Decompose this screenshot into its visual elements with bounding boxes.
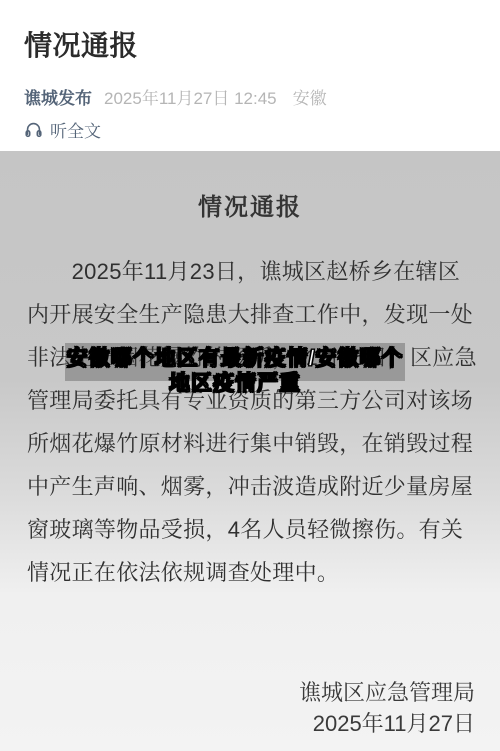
notice-body-line: 窗玻璃等物品受损，4名人员轻微擦伤。有关 xyxy=(27,508,500,551)
notice-body-line: 情况正在依法依规调查处理中。 xyxy=(27,551,500,594)
signature-issuer: 谯城区应急管理局 xyxy=(299,677,475,708)
watermark-line-2: 地区疫情严重 xyxy=(45,371,425,396)
watermark-line-1: 安徽哪个地区有最新疫情/安徽哪个 xyxy=(45,346,425,371)
page-title: 情况通报 xyxy=(24,24,138,64)
article-header: 情况通报 谯城发布 2025年11月27日 12:45 安徽 听全文 xyxy=(0,0,500,151)
notice-signature: 谯城区应急管理局 2025年11月27日 xyxy=(299,677,475,739)
notice-body-line: 2025年11月23日，谯城区赵桥乡在辖区 xyxy=(27,250,500,293)
article-meta: 谯城发布 2025年11月27日 12:45 安徽 xyxy=(24,84,484,109)
headphones-icon xyxy=(24,120,43,139)
source-account-link[interactable]: 谯城发布 xyxy=(24,84,92,109)
notice-body-line: 内开展安全生产隐患大排查工作中，发现一处 xyxy=(27,293,500,336)
listen-full-text-button[interactable]: 听全文 xyxy=(24,117,101,141)
notice-title: 情况通报 xyxy=(0,187,500,222)
notice-image[interactable]: 情况通报 2025年11月23日，谯城区赵桥乡在辖区 内开展安全生产隐患大排查工… xyxy=(0,151,500,751)
notice-body-line: 所烟花爆竹原材料进行集中销毁，在销毁过程 xyxy=(27,422,500,465)
watermark-overlay-text: 安徽哪个地区有最新疫情/安徽哪个 地区疫情严重 xyxy=(45,346,425,396)
publish-datetime: 2025年11月27日 12:45 xyxy=(104,84,277,109)
notice-body-line: 中产生声响、烟雾，冲击波造成附近少量房屋 xyxy=(27,465,500,508)
notice-body: 2025年11月23日，谯城区赵桥乡在辖区 内开展安全生产隐患大排查工作中，发现… xyxy=(27,250,500,594)
listen-full-text-label: 听全文 xyxy=(50,117,101,142)
location-tag: 安徽 xyxy=(293,84,327,109)
signature-date: 2025年11月27日 xyxy=(299,708,475,739)
